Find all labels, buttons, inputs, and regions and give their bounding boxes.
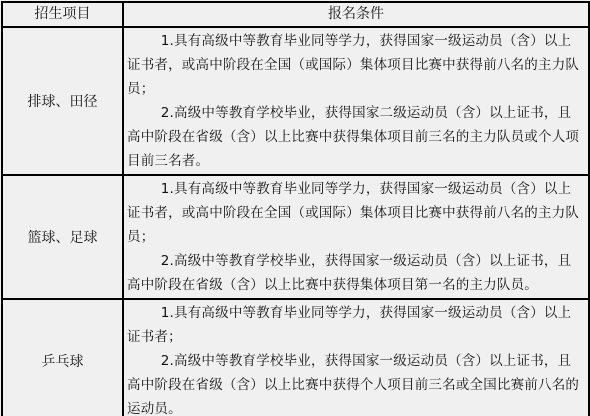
enrollment-item-cell: 排球、田径 xyxy=(2,27,123,175)
conditions-cell: 1.具有高级中等教育毕业同等学力，获得国家一级运动员（含）以上证书者，或高中阶段… xyxy=(123,175,589,299)
condition-paragraph: 1.具有高级中等教育毕业同等学力，获得国家一级运动员（含）以上证书者； xyxy=(127,301,585,349)
table-header-row: 招生项目 报名条件 xyxy=(2,2,589,27)
table-row: 排球、田径 1.具有高级中等教育毕业同等学力，获得国家一级运动员（含）以上证书者… xyxy=(2,27,589,175)
conditions-cell: 1.具有高级中等教育毕业同等学力，获得国家一级运动员（含）以上证书者； 2.高级… xyxy=(123,299,589,416)
page: 招生项目 报名条件 排球、田径 1.具有高级中等教育毕业同等学力，获得国家一级运… xyxy=(0,0,590,416)
condition-paragraph: 2.高级中等教育学校毕业，获得国家二级运动员（含）以上证书，且高中阶段在省级（含… xyxy=(127,101,585,173)
conditions-cell: 1.具有高级中等教育毕业同等学力，获得国家一级运动员（含）以上证书者，或高中阶段… xyxy=(123,27,589,175)
enrollment-item-cell: 篮球、足球 xyxy=(2,175,123,299)
admission-requirements-table: 招生项目 报名条件 排球、田径 1.具有高级中等教育毕业同等学力，获得国家一级运… xyxy=(1,1,590,416)
table-row: 篮球、足球 1.具有高级中等教育毕业同等学力，获得国家一级运动员（含）以上证书者… xyxy=(2,175,589,299)
condition-paragraph: 2.高级中等教育学校毕业，获得国家一级运动员（含）以上证书，且高中阶段在省级（含… xyxy=(127,349,585,416)
condition-paragraph: 1.具有高级中等教育毕业同等学力，获得国家一级运动员（含）以上证书者，或高中阶段… xyxy=(127,29,585,101)
enrollment-item-cell: 乒乓球 xyxy=(2,299,123,416)
header-registration-conditions: 报名条件 xyxy=(123,2,589,27)
header-enrollment-item: 招生项目 xyxy=(2,2,123,27)
condition-paragraph: 1.具有高级中等教育毕业同等学力，获得国家一级运动员（含）以上证书者，或高中阶段… xyxy=(127,177,585,249)
condition-paragraph: 2.高级中等教育学校毕业，获得国家一级运动员（含）以上证书，且高中阶段在省级（含… xyxy=(127,249,585,297)
table-row: 乒乓球 1.具有高级中等教育毕业同等学力，获得国家一级运动员（含）以上证书者； … xyxy=(2,299,589,416)
